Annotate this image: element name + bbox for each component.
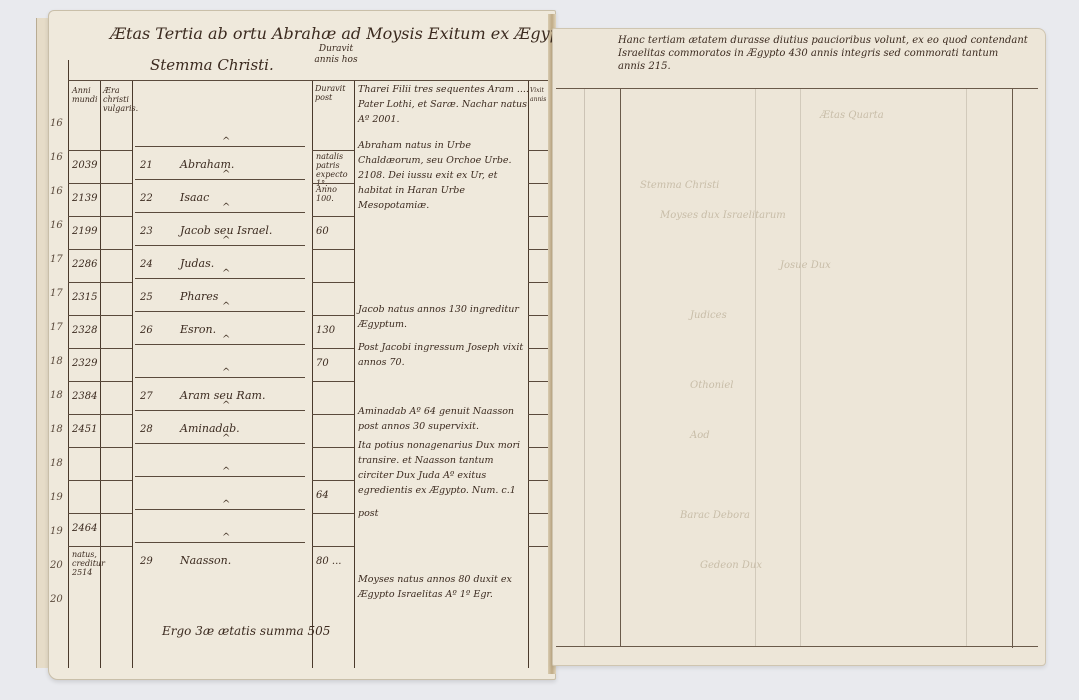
lineage-connector <box>135 278 305 279</box>
grid-line <box>68 150 132 151</box>
grid-line <box>1012 88 1013 648</box>
ancestor-name: Isaac <box>180 191 209 204</box>
ghost-text: Stemma Christi <box>640 180 719 191</box>
grid-line <box>312 80 313 668</box>
grid-line <box>528 480 548 481</box>
grid-line <box>528 414 548 415</box>
duration-cell: 130 <box>316 325 352 336</box>
note-post: post <box>358 506 530 521</box>
grid-line <box>354 80 355 668</box>
margin-number: 20 <box>50 594 63 605</box>
lineage-connector <box>135 311 305 312</box>
grid-line <box>966 88 967 646</box>
generation-number: 23 <box>140 226 153 237</box>
generation-number: 27 <box>140 391 153 402</box>
ancestor-name: Aminadab. <box>180 422 240 435</box>
lineage-connector <box>135 476 305 477</box>
ghost-text: Moyses dux Israelitarum <box>660 210 786 221</box>
note-moyses: Moyses natus annos 80 duxit ex Ægypto Is… <box>358 572 530 602</box>
lineage-caret-icon: ^ <box>222 400 230 411</box>
anno-mundi-cell: 2286 <box>72 259 100 270</box>
margin-number: 18 <box>50 356 63 367</box>
grid-line <box>68 216 132 217</box>
grid-line <box>312 249 354 250</box>
ghost-text: Othoniel <box>690 380 733 391</box>
margin-number: 16 <box>50 186 63 197</box>
duration-cell: Anno 100. <box>316 185 352 203</box>
note-jacob: Jacob natus annos 130 ingreditur Ægyptum… <box>358 302 530 332</box>
lineage-caret-icon: ^ <box>222 235 230 246</box>
lineage-caret-icon: ^ <box>222 433 230 444</box>
generation-number: 26 <box>140 325 153 336</box>
grid-line <box>528 216 548 217</box>
note-aminadab: Aminadab Aº 64 genuit Naasson post annos… <box>358 404 530 434</box>
lineage-caret-icon: ^ <box>222 169 230 180</box>
ghost-text: Aod <box>690 430 710 441</box>
grid-line <box>528 150 548 151</box>
grid-line <box>312 348 354 349</box>
grid-line <box>528 249 548 250</box>
grid-line <box>68 249 132 250</box>
lineage-caret-icon: ^ <box>222 466 230 477</box>
duration-cell: 60 <box>316 226 352 237</box>
right-page-note: Hanc tertiam ætatem durasse diutius pauc… <box>618 34 1028 73</box>
margin-number: 17 <box>50 254 63 265</box>
margin-number: 18 <box>50 390 63 401</box>
grid-line <box>68 480 132 481</box>
grid-line <box>528 282 548 283</box>
anno-mundi-cell: natus, creditur 2514 <box>72 550 100 577</box>
lineage-caret-icon: ^ <box>222 499 230 510</box>
grid-line <box>312 150 354 151</box>
grid-line <box>312 381 354 382</box>
margin-number: 18 <box>50 424 63 435</box>
lineage-connector <box>135 443 305 444</box>
ancestor-name: Judas. <box>180 257 214 270</box>
grid-line <box>556 646 1038 647</box>
margin-number: 19 <box>50 492 63 503</box>
grid-line <box>132 80 133 668</box>
grid-line <box>528 546 548 547</box>
grid-line <box>68 414 132 415</box>
lineage-caret-icon: ^ <box>222 268 230 279</box>
lineage-caret-icon: ^ <box>222 367 230 378</box>
anno-mundi-cell: 2464 <box>72 523 100 534</box>
grid-line <box>68 80 548 81</box>
ancestor-name: Esron. <box>180 323 216 336</box>
margin-number: 18 <box>50 458 63 469</box>
anno-mundi-cell: 2199 <box>72 226 100 237</box>
margin-number: 17 <box>50 288 63 299</box>
open-manuscript: Ætas Tertia ab ortu Abrahæ ad Moysis Exi… <box>0 0 1079 700</box>
grid-line <box>528 348 548 349</box>
anno-mundi-cell: 2315 <box>72 292 100 303</box>
note-tharei: Tharei Filii tres sequentes Aram .... Pa… <box>358 82 530 127</box>
age-summary: Ergo 3æ ætatis summa 505 <box>162 624 330 638</box>
grid-line <box>312 447 354 448</box>
page-title: Ætas Tertia ab ortu Abrahæ ad Moysis Exi… <box>110 24 581 43</box>
margin-number: 17 <box>50 322 63 333</box>
grid-line <box>312 183 354 184</box>
grid-line <box>800 88 801 646</box>
margin-number: 19 <box>50 526 63 537</box>
ghost-text: Ætas Quarta <box>820 110 884 121</box>
grid-line <box>68 282 132 283</box>
lineage-connector <box>135 179 305 180</box>
lineage-connector <box>135 344 305 345</box>
generation-number: 29 <box>140 556 153 567</box>
grid-line <box>312 480 354 481</box>
col-header-anni-mundi: Anni mundi <box>72 86 100 104</box>
note-naasson-dux: Ita potius nonagenarius Dux mori transir… <box>358 438 530 498</box>
margin-number: 16 <box>50 118 63 129</box>
note-abraham: Abraham natus in Urbe Chaldæorum, seu Or… <box>358 138 530 213</box>
grid-line <box>68 348 132 349</box>
lineage-connector <box>135 146 305 147</box>
lineage-caret-icon: ^ <box>222 202 230 213</box>
grid-line <box>100 80 101 668</box>
ghost-text: Barac Debora <box>680 510 750 521</box>
grid-line <box>312 546 354 547</box>
grid-line <box>312 414 354 415</box>
col-header-duravit: Duravit post <box>315 84 353 102</box>
right-page <box>552 28 1046 666</box>
duravit-heading: Duravit annis hos <box>314 44 358 66</box>
grid-line <box>312 282 354 283</box>
generation-number: 28 <box>140 424 153 435</box>
grid-line <box>528 183 548 184</box>
lineage-caret-icon: ^ <box>222 334 230 345</box>
lineage-caret-icon: ^ <box>222 532 230 543</box>
ghost-text: Josue Dux <box>780 260 831 271</box>
anno-mundi-cell: 2039 <box>72 160 100 171</box>
lineage-caret-icon: ^ <box>222 136 230 147</box>
ghost-text: Judices <box>690 310 727 321</box>
ghost-text: Gedeon Dux <box>700 560 762 571</box>
anno-mundi-cell: 2139 <box>72 193 100 204</box>
note-joseph: Post Jacobi ingressum Joseph vixit annos… <box>358 340 530 370</box>
ancestor-name: Phares <box>180 290 218 303</box>
grid-line <box>68 183 132 184</box>
grid-line <box>68 447 132 448</box>
grid-line <box>528 315 548 316</box>
anno-mundi-cell: 2451 <box>72 424 100 435</box>
lineage-connector <box>135 377 305 378</box>
generation-number: 24 <box>140 259 153 270</box>
generation-number: 25 <box>140 292 153 303</box>
margin-number: 20 <box>50 560 63 571</box>
anno-mundi-cell: 2328 <box>72 325 100 336</box>
duration-cell: 64 <box>316 490 352 501</box>
lineage-connector <box>135 245 305 246</box>
grid-line <box>312 216 354 217</box>
margin-number: 16 <box>50 220 63 231</box>
duration-cell: 70 <box>316 358 352 369</box>
anno-mundi-cell: 2329 <box>72 358 100 369</box>
grid-line <box>528 513 548 514</box>
ancestor-name: Naasson. <box>180 554 231 567</box>
grid-line <box>68 315 132 316</box>
lineage-connector <box>135 509 305 510</box>
grid-line <box>312 513 354 514</box>
grid-line <box>68 381 132 382</box>
generation-number: 21 <box>140 160 153 171</box>
duration-cell: 80 ... <box>316 556 352 567</box>
col-header-aera-christi: Æra christi vulgaris. <box>103 86 131 113</box>
grid-line <box>584 88 585 646</box>
grid-line <box>68 513 132 514</box>
grid-line <box>68 60 69 668</box>
lineage-connector <box>135 410 305 411</box>
grid-line <box>620 88 621 646</box>
grid-line <box>528 381 548 382</box>
lineage-connector <box>135 542 305 543</box>
lineage-connector <box>135 212 305 213</box>
anno-mundi-cell: 2384 <box>72 391 100 402</box>
grid-line <box>68 546 132 547</box>
grid-line <box>312 315 354 316</box>
margin-number: 16 <box>50 152 63 163</box>
grid-line <box>528 447 548 448</box>
col-header-vixit: Vixit annis <box>530 86 548 104</box>
stemma-heading: Stemma Christi. <box>150 56 274 74</box>
lineage-caret-icon: ^ <box>222 301 230 312</box>
generation-number: 22 <box>140 193 153 204</box>
